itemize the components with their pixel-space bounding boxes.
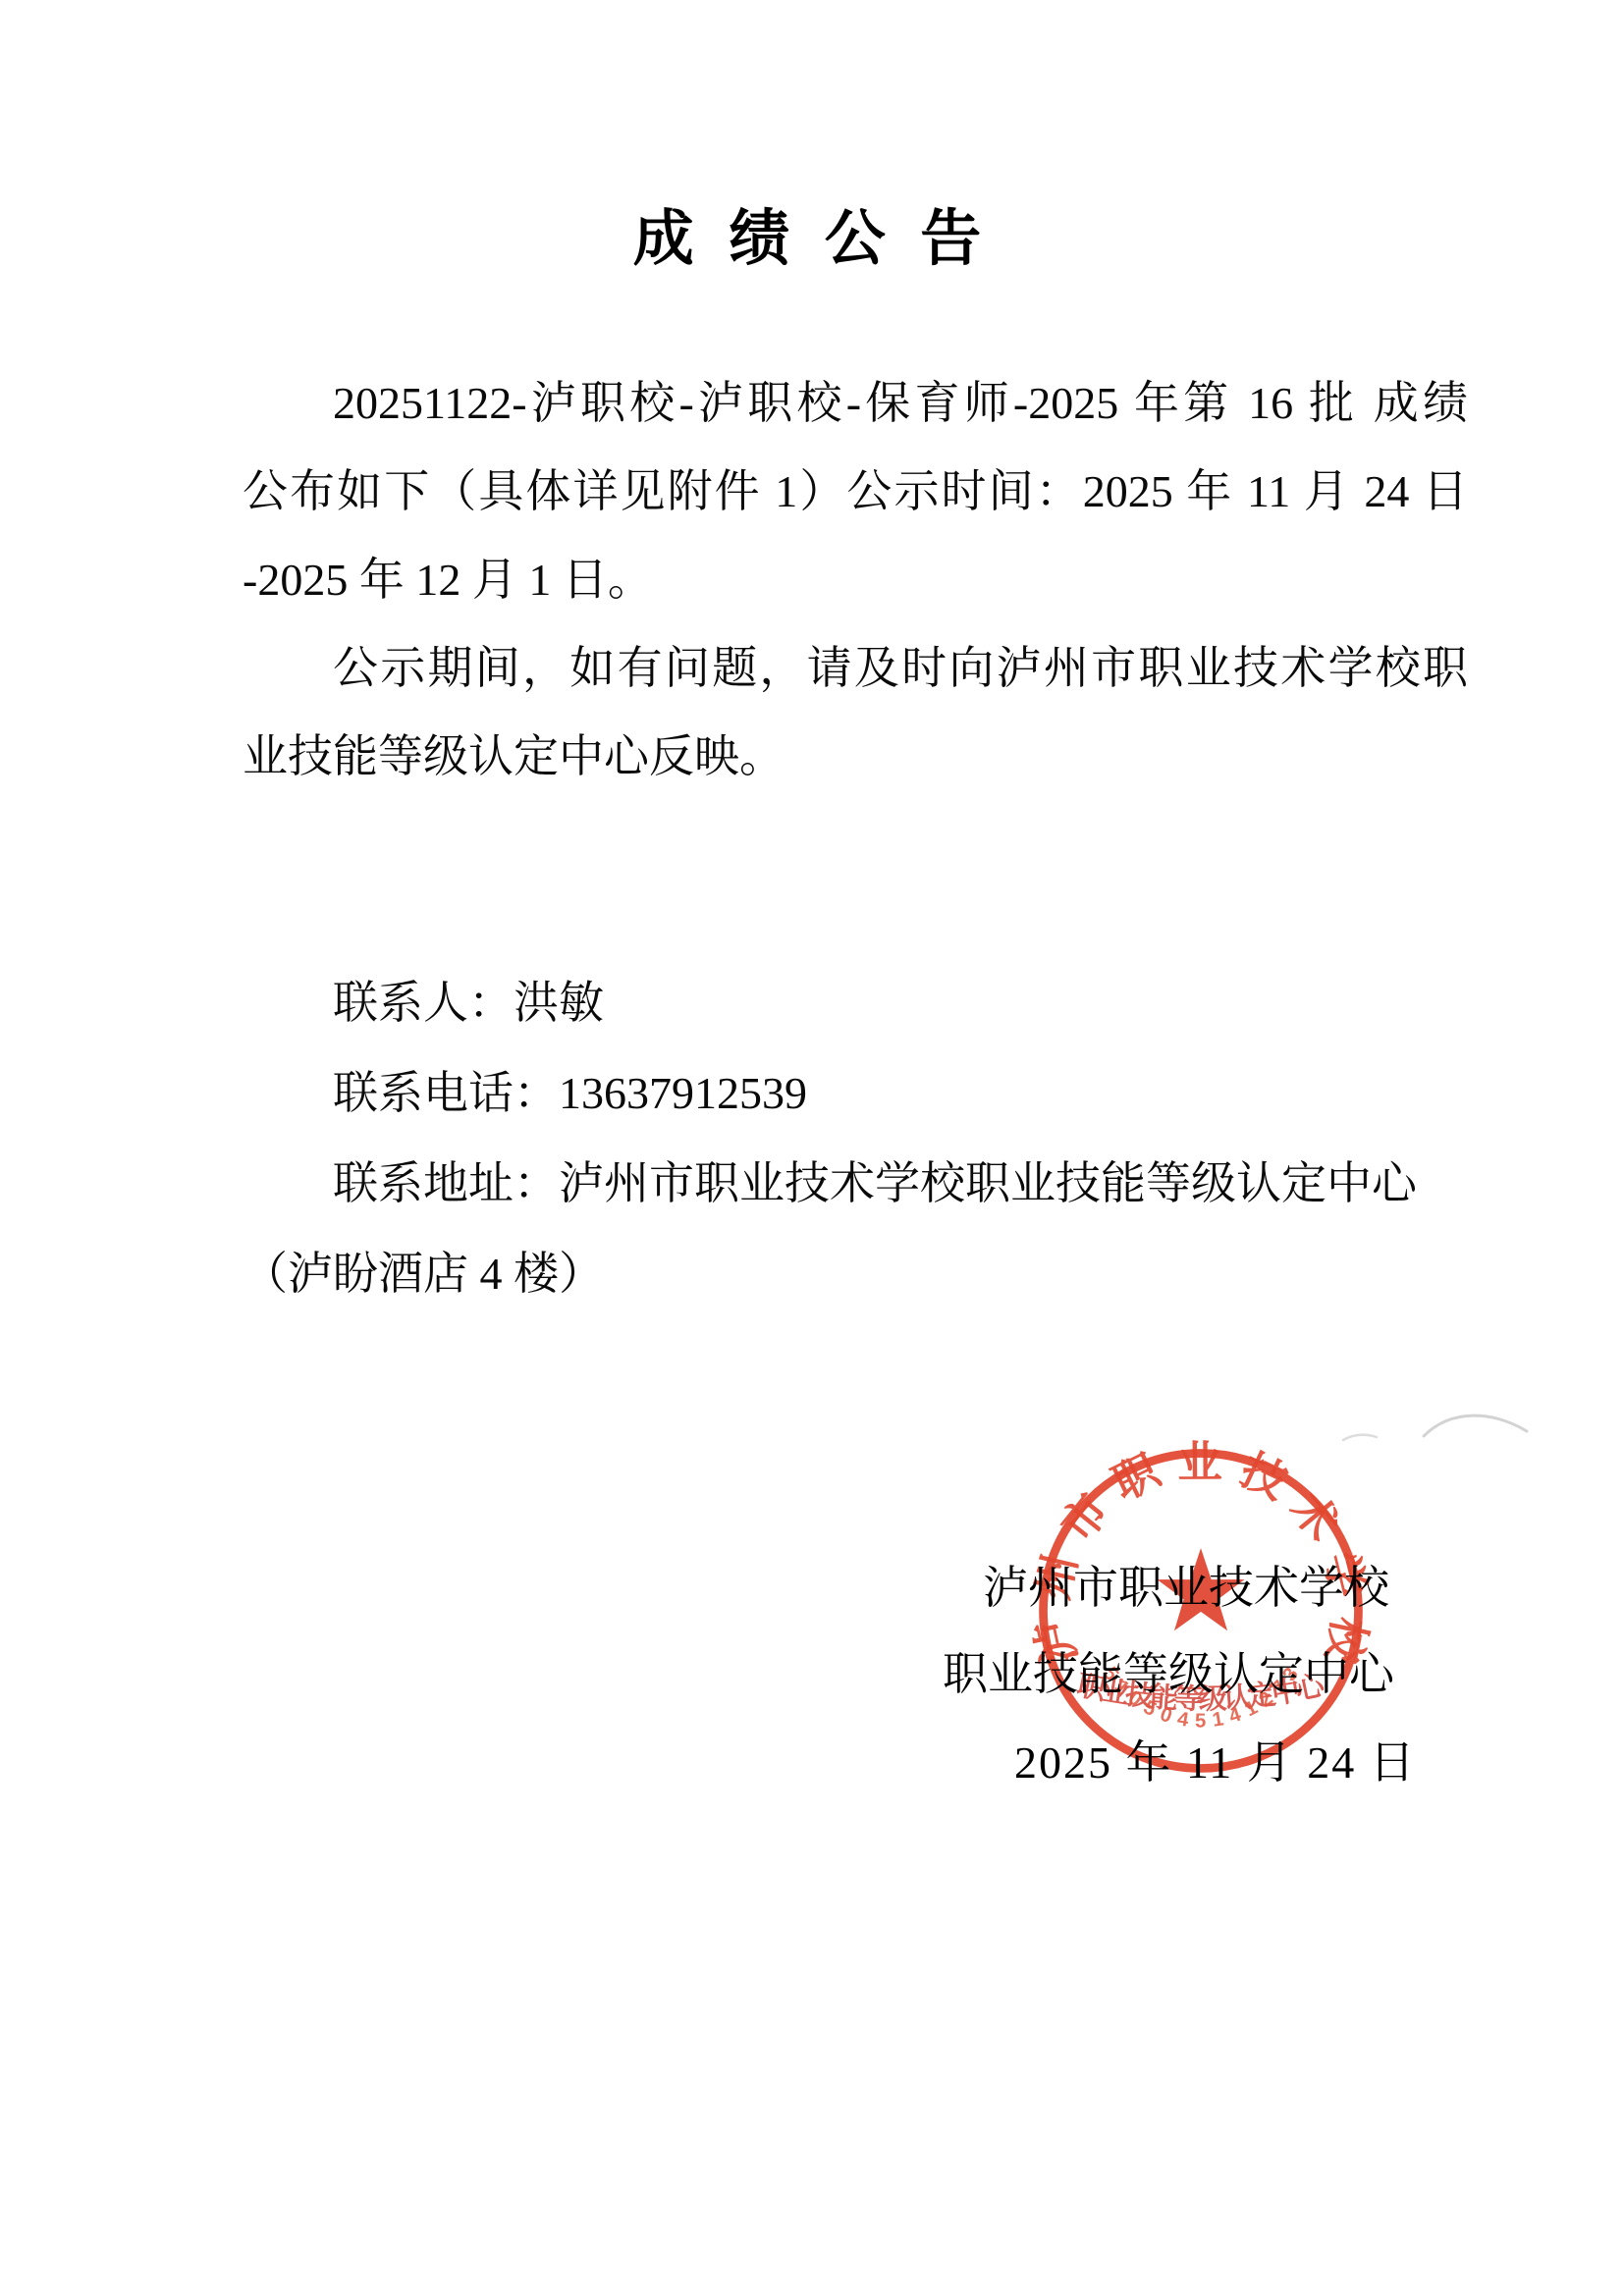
page-title: 成 绩 公 告 [0,189,1624,277]
signature-date: 2025 年 11 月 24 日 [1014,1737,1417,1789]
contact-phone: 联系电话：13637912539 [243,1048,1499,1139]
contact-address-cont: （泸盼酒店 4 楼） [243,1229,1499,1319]
body-line-1: 20251122-泸职校-泸职校-保育师-2025 年第 16 批 成绩 [243,359,1468,448]
contact-address: 联系地址：泸州市职业技术学校职业技能等级认定中心 [243,1139,1499,1229]
signature-org-line1: 泸州市职业技术学校 [983,1563,1389,1615]
body-line-3: -2025 年 12 月 1 日。 [243,536,1468,624]
body-line-5: 业技能等级认定中心反映。 [243,713,1468,801]
contact-person: 联系人：洪敏 [243,958,1499,1048]
body-paragraphs: 20251122-泸职校-泸职校-保育师-2025 年第 16 批 成绩 公布如… [243,359,1468,801]
document-page: 成 绩 公 告 20251122-泸职校-泸职校-保育师-2025 年第 16 … [0,0,1624,2296]
contact-info: 联系人：洪敏 联系电话：13637912539 联系地址：泸州市职业技术学校职业… [243,958,1499,1319]
body-line-2: 公布如下（具体详见附件 1）公示时间：2025 年 11 月 24 日 [243,448,1468,536]
signature-org-line2: 职业技能等级认定中心 [943,1649,1394,1701]
body-line-4: 公示期间，如有问题，请及时向泸州市职业技术学校职 [243,624,1468,713]
